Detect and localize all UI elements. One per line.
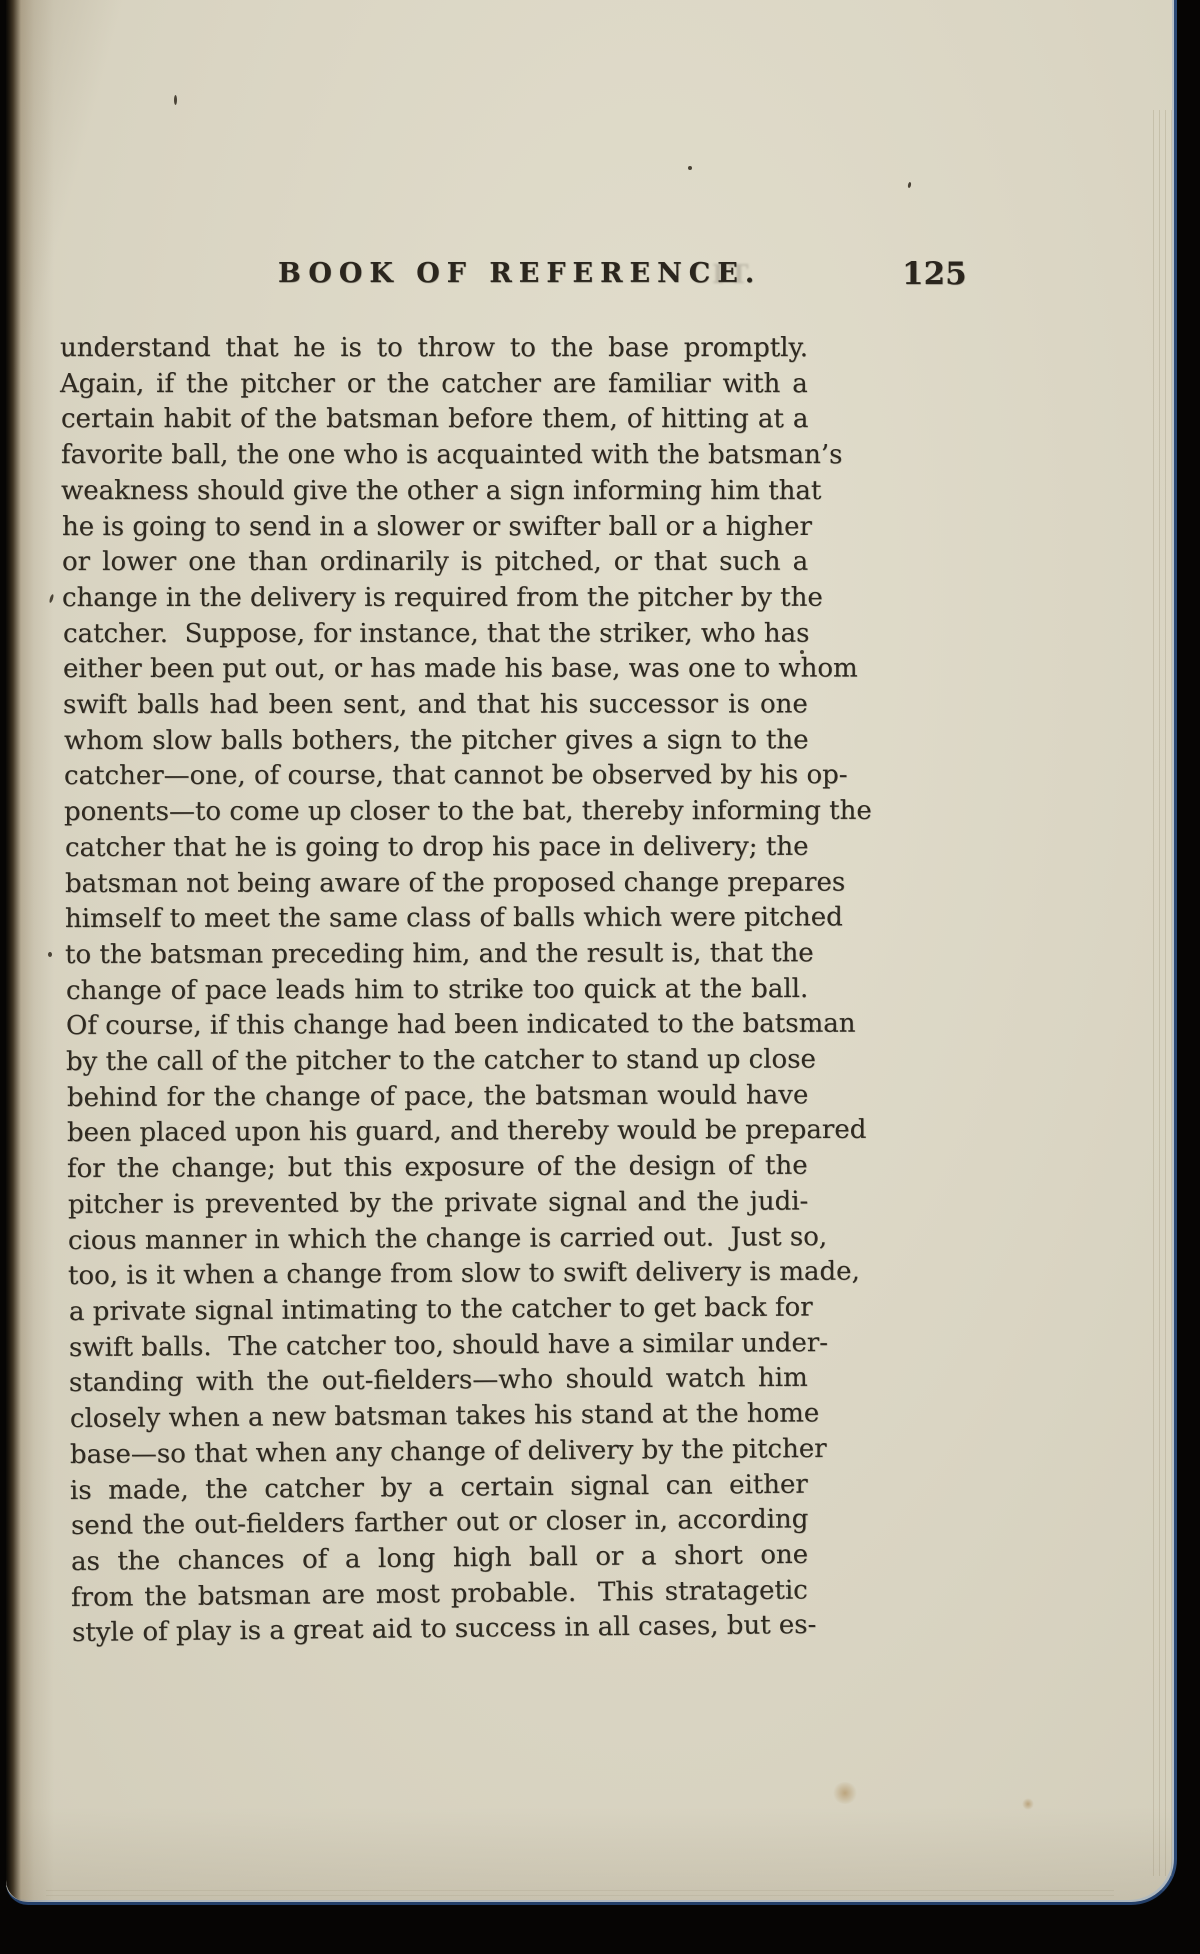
book-page: BOOK OF REFERENCE. IT 125 understand tha… xyxy=(6,0,1177,1905)
body-text: understand that he is to throw to the ba… xyxy=(60,331,808,1652)
paper-stain xyxy=(832,1782,858,1804)
text-line: a private signal intimating to the catch… xyxy=(68,1290,808,1330)
ink-speck xyxy=(174,95,177,105)
text-line: or lower one than ordinarily is pitched,… xyxy=(62,545,808,581)
text-line: base—so that when any change of delivery… xyxy=(70,1432,808,1474)
text-line: weakness should give the other a sign in… xyxy=(61,474,808,510)
text-line: certain habit of the batsman before them… xyxy=(61,402,808,438)
text-line: either been put out, or has made his bas… xyxy=(63,652,808,688)
text-line: by the call of the pitcher to the catche… xyxy=(66,1043,808,1081)
text-line: whom slow balls bothers, the pitcher giv… xyxy=(63,723,808,759)
text-line: standing with the out-fielders—who shoul… xyxy=(69,1361,808,1402)
text-line: for the change; but this exposure of the… xyxy=(67,1149,808,1188)
text-line: behind for the change of pace, the batsm… xyxy=(67,1078,808,1116)
scanned-page-background: BOOK OF REFERENCE. IT 125 understand tha… xyxy=(0,0,1200,1954)
text-line: understand that he is to throw to the ba… xyxy=(60,331,808,367)
page-header-row: BOOK OF REFERENCE. IT 125 xyxy=(6,258,1174,302)
ink-ghost-offset: IT xyxy=(712,260,754,290)
text-line: Of course, if this change had been indic… xyxy=(66,1007,808,1045)
ink-speck xyxy=(907,182,911,188)
page-edge-stack-bottom xyxy=(46,1888,1114,1900)
text-line: himself to meet the same class of balls … xyxy=(65,901,808,938)
running-head: BOOK OF REFERENCE. xyxy=(278,258,761,289)
text-line: too, is it when a change from slow to sw… xyxy=(68,1255,808,1295)
paper-stain xyxy=(1022,1798,1034,1810)
text-line: batsman not being aware of the proposed … xyxy=(65,865,808,902)
text-line: catcher. Suppose, for instance, that the… xyxy=(63,616,808,652)
ink-speck xyxy=(48,952,52,957)
text-line: swift balls. The catcher too, should hav… xyxy=(69,1326,808,1367)
text-line: closely when a new batsman takes his sta… xyxy=(69,1397,808,1438)
text-line: Again, if the pitcher or the catcher are… xyxy=(60,367,808,403)
text-line: been placed upon his guard, and thereby … xyxy=(67,1113,808,1152)
text-line: catcher that he is going to drop his pac… xyxy=(64,830,808,867)
ink-speck xyxy=(800,650,804,654)
page-number: 125 xyxy=(902,256,967,292)
text-line: change of pace leads him to strike too q… xyxy=(66,972,808,1010)
text-line: catcher—one, of course, that cannot be o… xyxy=(64,759,808,796)
ink-speck xyxy=(688,166,692,170)
text-line: cious manner in which the change is carr… xyxy=(68,1220,808,1260)
text-line: ponents—to come up closer to the bat, th… xyxy=(64,794,808,831)
text-line: pitcher is prevented by the private sign… xyxy=(68,1184,808,1223)
text-line: change in the delivery is required from … xyxy=(62,581,808,617)
text-line: style of play is a great aid to success … xyxy=(71,1608,808,1652)
text-line: swift balls had been sent, and that his … xyxy=(63,687,808,723)
text-line: to the batsman preceding him, and the re… xyxy=(65,936,808,974)
text-line: he is going to send in a slower or swift… xyxy=(62,509,808,545)
text-line: favorite ball, the one who is acquainted… xyxy=(61,438,808,474)
page-edge-stack-right xyxy=(1148,110,1172,1876)
